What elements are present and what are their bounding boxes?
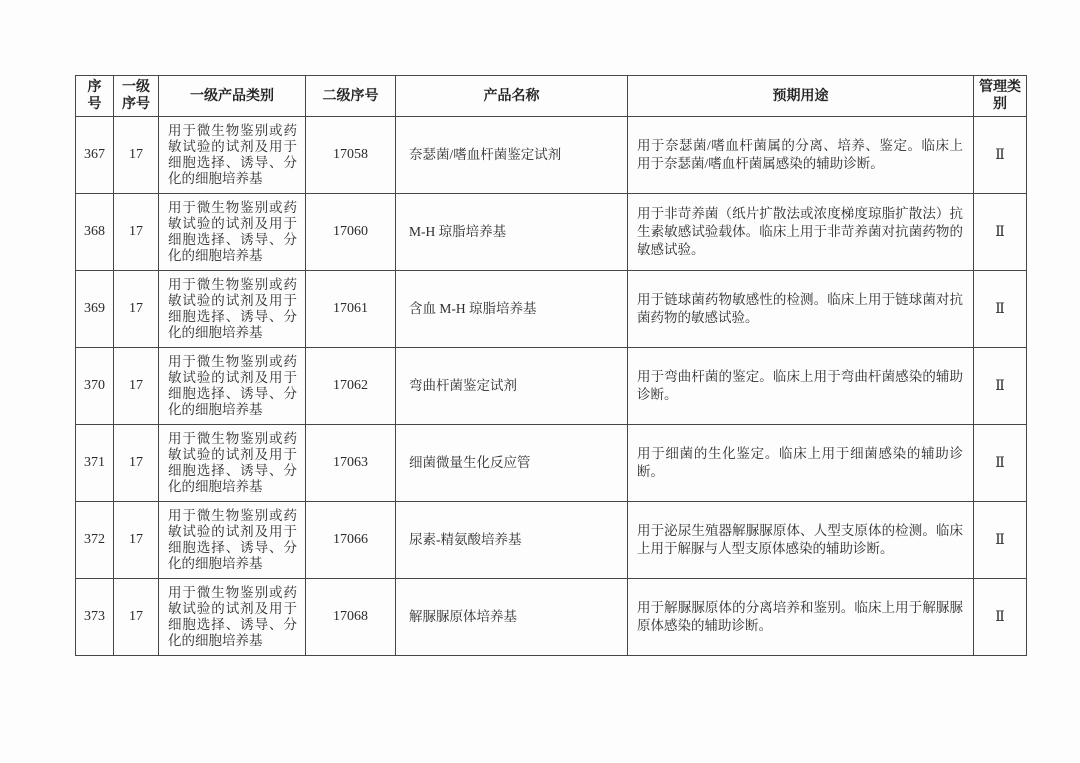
cell-product-name: 含血 M-H 琼脂培养基 [396, 271, 628, 348]
cell-level1-number: 17 [114, 348, 159, 425]
table-row: 372 17 用于微生物鉴别或药敏试验的试剂及用于细胞选择、诱导、分化的细胞培养… [76, 502, 1027, 579]
column-header-serial-number-label: 序号 [87, 79, 102, 113]
cell-level1-category: 用于微生物鉴别或药敏试验的试剂及用于细胞选择、诱导、分化的细胞培养基 [159, 502, 306, 579]
cell-intended-use: 用于解脲脲原体的分离培养和鉴别。临床上用于解脲脲原体感染的辅助诊断。 [628, 579, 974, 656]
cell-management-class: Ⅱ [974, 117, 1027, 194]
cell-serial-number: 372 [76, 502, 114, 579]
cell-level1-category: 用于微生物鉴别或药敏试验的试剂及用于细胞选择、诱导、分化的细胞培养基 [159, 579, 306, 656]
column-header-level1-category: 一级产品类别 [159, 76, 306, 117]
table-row: 371 17 用于微生物鉴别或药敏试验的试剂及用于细胞选择、诱导、分化的细胞培养… [76, 425, 1027, 502]
cell-level2-number: 17061 [306, 271, 396, 348]
cell-level1-category: 用于微生物鉴别或药敏试验的试剂及用于细胞选择、诱导、分化的细胞培养基 [159, 425, 306, 502]
column-header-level2-number: 二级序号 [306, 76, 396, 117]
cell-intended-use: 用于奈瑟菌/嗜血杆菌属的分离、培养、鉴定。临床上用于奈瑟菌/嗜血杆菌属感染的辅助… [628, 117, 974, 194]
cell-level1-number: 17 [114, 425, 159, 502]
table-body: 367 17 用于微生物鉴别或药敏试验的试剂及用于细胞选择、诱导、分化的细胞培养… [76, 117, 1027, 656]
cell-intended-use: 用于泌尿生殖器解脲脲原体、人型支原体的检测。临床上用于解脲与人型支原体感染的辅助… [628, 502, 974, 579]
cell-level1-number: 17 [114, 579, 159, 656]
column-header-product-name: 产品名称 [396, 76, 628, 117]
cell-intended-use: 用于弯曲杆菌的鉴定。临床上用于弯曲杆菌感染的辅助诊断。 [628, 348, 974, 425]
cell-level2-number: 17068 [306, 579, 396, 656]
cell-serial-number: 368 [76, 194, 114, 271]
table-row: 369 17 用于微生物鉴别或药敏试验的试剂及用于细胞选择、诱导、分化的细胞培养… [76, 271, 1027, 348]
column-header-level1-number: 一级序号 [114, 76, 159, 117]
column-header-intended-use: 预期用途 [628, 76, 974, 117]
cell-management-class: Ⅱ [974, 194, 1027, 271]
cell-serial-number: 373 [76, 579, 114, 656]
cell-management-class: Ⅱ [974, 348, 1027, 425]
column-header-management-class: 管理类别 [974, 76, 1027, 117]
cell-product-name: 弯曲杆菌鉴定试剂 [396, 348, 628, 425]
cell-intended-use: 用于非苛养菌（纸片扩散法或浓度梯度琼脂扩散法）抗生素敏感试验载体。临床上用于非苛… [628, 194, 974, 271]
cell-intended-use: 用于链球菌药物敏感性的检测。临床上用于链球菌对抗菌药物的敏感试验。 [628, 271, 974, 348]
cell-intended-use: 用于细菌的生化鉴定。临床上用于细菌感染的辅助诊断。 [628, 425, 974, 502]
table-row: 370 17 用于微生物鉴别或药敏试验的试剂及用于细胞选择、诱导、分化的细胞培养… [76, 348, 1027, 425]
cell-level1-number: 17 [114, 502, 159, 579]
cell-product-name: 尿素-精氨酸培养基 [396, 502, 628, 579]
cell-management-class: Ⅱ [974, 271, 1027, 348]
cell-serial-number: 367 [76, 117, 114, 194]
cell-level1-category: 用于微生物鉴别或药敏试验的试剂及用于细胞选择、诱导、分化的细胞培养基 [159, 194, 306, 271]
header-row: 序号 一级序号 一级产品类别 二级序号 产品名称 预期用途 管理类别 [76, 76, 1027, 117]
cell-level2-number: 17066 [306, 502, 396, 579]
cell-level2-number: 17060 [306, 194, 396, 271]
table-row: 373 17 用于微生物鉴别或药敏试验的试剂及用于细胞选择、诱导、分化的细胞培养… [76, 579, 1027, 656]
cell-level1-category: 用于微生物鉴别或药敏试验的试剂及用于细胞选择、诱导、分化的细胞培养基 [159, 271, 306, 348]
cell-serial-number: 371 [76, 425, 114, 502]
cell-serial-number: 369 [76, 271, 114, 348]
cell-management-class: Ⅱ [974, 502, 1027, 579]
cell-management-class: Ⅱ [974, 579, 1027, 656]
table-header: 序号 一级序号 一级产品类别 二级序号 产品名称 预期用途 管理类别 [76, 76, 1027, 117]
cell-level1-category: 用于微生物鉴别或药敏试验的试剂及用于细胞选择、诱导、分化的细胞培养基 [159, 348, 306, 425]
cell-serial-number: 370 [76, 348, 114, 425]
cell-product-name: 解脲脲原体培养基 [396, 579, 628, 656]
cell-product-name: 奈瑟菌/嗜血杆菌鉴定试剂 [396, 117, 628, 194]
cell-product-name: M-H 琼脂培养基 [396, 194, 628, 271]
cell-level1-number: 17 [114, 117, 159, 194]
cell-level2-number: 17063 [306, 425, 396, 502]
cell-level2-number: 17062 [306, 348, 396, 425]
cell-level1-number: 17 [114, 194, 159, 271]
cell-level2-number: 17058 [306, 117, 396, 194]
column-header-serial-number: 序号 [76, 76, 114, 117]
cell-level1-number: 17 [114, 271, 159, 348]
cell-management-class: Ⅱ [974, 425, 1027, 502]
table-row: 368 17 用于微生物鉴别或药敏试验的试剂及用于细胞选择、诱导、分化的细胞培养… [76, 194, 1027, 271]
table-row: 367 17 用于微生物鉴别或药敏试验的试剂及用于细胞选择、诱导、分化的细胞培养… [76, 117, 1027, 194]
cell-level1-category: 用于微生物鉴别或药敏试验的试剂及用于细胞选择、诱导、分化的细胞培养基 [159, 117, 306, 194]
product-classification-table: 序号 一级序号 一级产品类别 二级序号 产品名称 预期用途 管理类别 367 1… [75, 75, 1027, 656]
document-page: 序号 一级序号 一级产品类别 二级序号 产品名称 预期用途 管理类别 367 1… [0, 0, 1080, 763]
cell-product-name: 细菌微量生化反应管 [396, 425, 628, 502]
